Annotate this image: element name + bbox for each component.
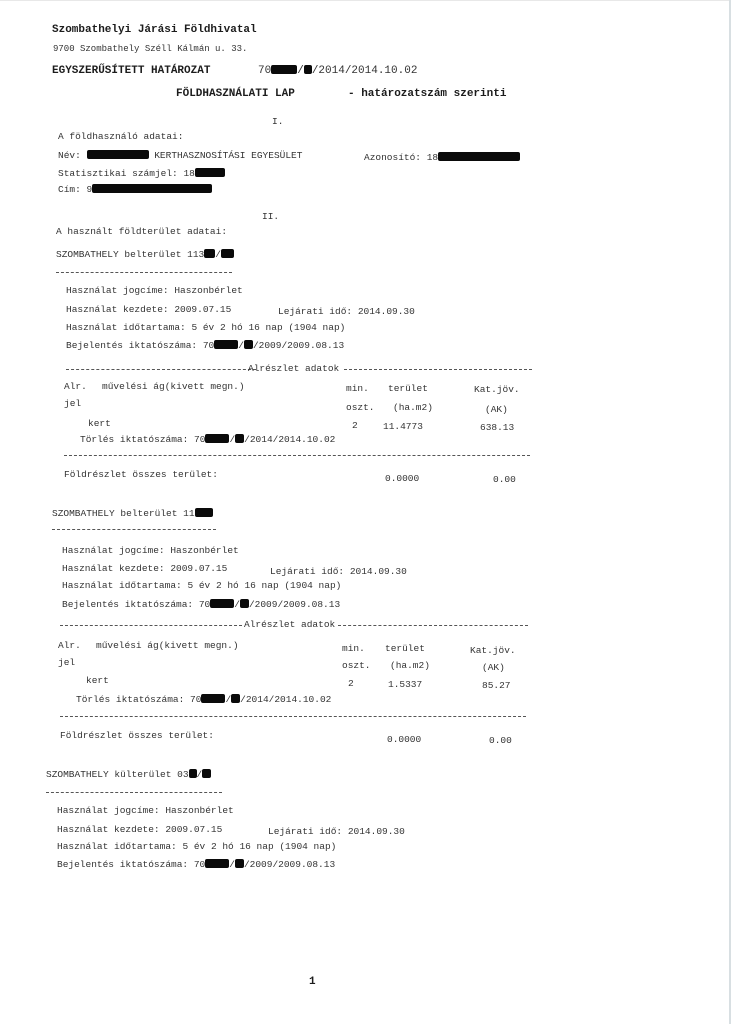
parcel-3-duration: Használat időtartama: 5 év 2 hó 16 nap (… xyxy=(57,841,336,853)
col-oszt: oszt. xyxy=(342,660,371,672)
value: 5 év 2 hó 16 nap (1904 nap) xyxy=(191,322,345,333)
redaction xyxy=(189,769,197,778)
document-page: Szombathelyi Járási Földhivatal 9700 Szo… xyxy=(0,0,731,1024)
name-value: KERTHASZNOSÍTÁSI EGYESÜLET xyxy=(154,150,302,161)
label: Lejárati idő: xyxy=(278,306,352,317)
parcel-1-total-label: Földrészlet összes terület: xyxy=(64,469,218,481)
parcel-2-expiry: Lejárati idő: 2014.09.30 xyxy=(270,566,407,578)
redaction xyxy=(214,340,238,349)
col-min: min. xyxy=(346,383,369,395)
value-prefix: 70 xyxy=(203,340,214,351)
label: Használat időtartama: xyxy=(66,322,186,333)
col-cultivation: művelési ág(kivett megn.) xyxy=(96,640,239,652)
parcel-2-total-area: 0.0000 xyxy=(387,734,421,746)
row-value: 638.13 xyxy=(480,422,514,434)
parcel-title-text: SZOMBATHELY belterület 113 xyxy=(56,249,204,260)
label: Bejelentés iktatószáma: xyxy=(66,340,197,351)
value: 2014.09.30 xyxy=(348,826,405,837)
parcel-3-start: Használat kezdete: 2009.07.15 xyxy=(57,824,222,836)
id-row: Azonosító: 18 xyxy=(364,152,520,164)
label: Törlés iktatószáma: xyxy=(80,434,188,445)
col-area-unit: (ha.m2) xyxy=(393,402,433,414)
parcel-3-expiry: Lejárati idő: 2014.09.30 xyxy=(268,826,405,838)
col-jel: jel xyxy=(64,398,81,410)
sheet-title: FÖLDHASZNÁLATI LAP xyxy=(176,88,295,100)
redaction xyxy=(240,599,249,608)
parcel-1-expiry: Lejárati idő: 2014.09.30 xyxy=(278,306,415,318)
section-1-numeral: I. xyxy=(272,116,283,128)
redaction xyxy=(221,249,234,258)
col-alr: Alr. xyxy=(58,640,81,652)
name-row: Név: KERTHASZNOSÍTÁSI EGYESÜLET xyxy=(58,150,302,162)
row-class: 2 xyxy=(352,420,358,432)
address-row: Cím: 9 xyxy=(58,184,212,196)
label: Használat jogcíme: xyxy=(66,285,169,296)
decision-number-suffix: /2014/2014.10.02 xyxy=(312,65,418,77)
parcel-1-title: SZOMBATHELY belterület 113/ xyxy=(56,249,234,261)
parcel-2-subparcel-heading: Alrészlet adatok xyxy=(244,619,335,631)
value-suffix: /2014/2014.10.02 xyxy=(240,694,331,705)
divider xyxy=(60,716,526,717)
label: Bejelentés iktatószáma: xyxy=(57,859,188,870)
parcel-2-total-label: Földrészlet összes terület: xyxy=(60,730,214,742)
parcel-title-text: SZOMBATHELY külterület 03 xyxy=(46,769,189,780)
label: Használat kezdete: xyxy=(66,304,169,315)
page-number: 1 xyxy=(309,976,316,988)
value-suffix: /2009/2009.08.13 xyxy=(253,340,344,351)
divider xyxy=(64,455,530,456)
parcel-1-registration: Bejelentés iktatószáma: 70//2009/2009.08… xyxy=(66,340,344,352)
parcel-2-legal-title: Használat jogcíme: Haszonbérlet xyxy=(62,545,239,557)
stat-label: Statisztikai számjel: xyxy=(58,168,178,179)
value: Haszonbérlet xyxy=(165,805,233,816)
row-cultivation: kert xyxy=(88,418,111,430)
col-alr: Alr. xyxy=(64,381,87,393)
parcel-1-start: Használat kezdete: 2009.07.15 xyxy=(66,304,231,316)
office-name: Szombathelyi Járási Földhivatal xyxy=(52,24,257,36)
sheet-subtitle: - határozatszám szerinti xyxy=(348,88,506,100)
id-prefix: 18 xyxy=(427,152,438,163)
label: Lejárati idő: xyxy=(270,566,344,577)
divider xyxy=(338,625,528,626)
redaction xyxy=(210,599,234,608)
value: 2014.09.30 xyxy=(358,306,415,317)
divider xyxy=(60,625,242,626)
redaction xyxy=(244,340,253,349)
col-value: Kat.jöv. xyxy=(474,384,520,396)
section-2-numeral: II. xyxy=(262,211,279,223)
value-suffix: /2009/2009.08.13 xyxy=(249,599,340,610)
redaction xyxy=(231,694,240,703)
col-value: Kat.jöv. xyxy=(470,645,516,657)
label: Használat kezdete: xyxy=(57,824,160,835)
label: Használat időtartama: xyxy=(57,841,177,852)
office-address: 9700 Szombathely Széll Kálmán u. 33. xyxy=(53,43,247,55)
redaction xyxy=(201,694,225,703)
stat-row: Statisztikai számjel: 18 xyxy=(58,168,225,180)
divider xyxy=(56,272,232,273)
parcel-2-start: Használat kezdete: 2009.07.15 xyxy=(62,563,227,575)
col-area-unit: (ha.m2) xyxy=(390,660,430,672)
col-jel: jel xyxy=(58,657,75,669)
row-value: 85.27 xyxy=(482,680,511,692)
decision-number-prefix: 70 xyxy=(258,65,271,77)
col-oszt: oszt. xyxy=(346,402,375,414)
address-label: Cím: xyxy=(58,184,81,195)
parcel-1-legal-title: Használat jogcíme: Haszonbérlet xyxy=(66,285,243,297)
parcel-1-total-value: 0.00 xyxy=(493,474,516,486)
row-area: 1.5337 xyxy=(388,679,422,691)
divider xyxy=(46,792,222,793)
value: Haszonbérlet xyxy=(174,285,242,296)
name-label: Név: xyxy=(58,150,81,161)
label: Bejelentés iktatószáma: xyxy=(62,599,193,610)
col-value-unit: (AK) xyxy=(485,404,508,416)
section-2-heading: A használt földterület adatai: xyxy=(56,226,227,238)
divider xyxy=(52,529,216,530)
redaction xyxy=(438,152,520,161)
divider xyxy=(344,369,532,370)
redaction xyxy=(271,65,297,74)
parcel-2-title: SZOMBATHELY belterület 11 xyxy=(52,508,213,520)
redaction xyxy=(235,859,244,868)
value: Haszonbérlet xyxy=(170,545,238,556)
parcel-1-subparcel-heading: Alrészlet adatok xyxy=(248,363,339,375)
value: 2014.09.30 xyxy=(350,566,407,577)
value-suffix: /2009/2009.08.13 xyxy=(244,859,335,870)
row-class: 2 xyxy=(348,678,354,690)
parcel-2-total-value: 0.00 xyxy=(489,735,512,747)
parcel-3-registration: Bejelentés iktatószáma: 70//2009/2009.08… xyxy=(57,859,335,871)
value: 5 év 2 hó 16 nap (1904 nap) xyxy=(187,580,341,591)
scan-top-edge xyxy=(0,0,731,1)
redaction xyxy=(195,508,213,517)
stat-prefix: 18 xyxy=(183,168,194,179)
parcel-1-deletion: Törlés iktatószáma: 70//2014/2014.10.02 xyxy=(80,434,335,446)
label: Használat időtartama: xyxy=(62,580,182,591)
decision-number: 70//2014/2014.10.02 xyxy=(258,65,417,77)
label: Használat jogcíme: xyxy=(57,805,160,816)
redaction xyxy=(202,769,211,778)
parcel-3-title: SZOMBATHELY külterület 03/ xyxy=(46,769,211,781)
redaction xyxy=(235,434,244,443)
label: Használat jogcíme: xyxy=(62,545,165,556)
parcel-2-duration: Használat időtartama: 5 év 2 hó 16 nap (… xyxy=(62,580,341,592)
id-label: Azonosító: xyxy=(364,152,421,163)
redaction xyxy=(204,249,215,258)
value: 5 év 2 hó 16 nap (1904 nap) xyxy=(182,841,336,852)
value: 2009.07.15 xyxy=(165,824,222,835)
redaction xyxy=(205,859,229,868)
section-1-heading: A földhasználó adatai: xyxy=(58,131,183,143)
redaction xyxy=(205,434,229,443)
value-suffix: /2014/2014.10.02 xyxy=(244,434,335,445)
parcel-1-duration: Használat időtartama: 5 év 2 hó 16 nap (… xyxy=(66,322,345,334)
label: Törlés iktatószáma: xyxy=(76,694,184,705)
col-area: terület xyxy=(385,643,425,655)
parcel-2-deletion: Törlés iktatószáma: 70//2014/2014.10.02 xyxy=(76,694,331,706)
label: Használat kezdete: xyxy=(62,563,165,574)
row-area: 11.4773 xyxy=(383,421,423,433)
value: 2009.07.15 xyxy=(174,304,231,315)
divider xyxy=(66,369,256,370)
value-prefix: 70 xyxy=(199,599,210,610)
redaction xyxy=(92,184,212,193)
value: 2009.07.15 xyxy=(170,563,227,574)
col-area: terület xyxy=(388,383,428,395)
parcel-3-legal-title: Használat jogcíme: Haszonbérlet xyxy=(57,805,234,817)
value-prefix: 70 xyxy=(194,434,205,445)
parcel-2-registration: Bejelentés iktatószáma: 70//2009/2009.08… xyxy=(62,599,340,611)
redaction xyxy=(195,168,225,177)
decision-label: EGYSZERŰSÍTETT HATÁROZAT xyxy=(52,65,210,77)
redaction xyxy=(304,65,312,74)
col-cultivation: művelési ág(kivett megn.) xyxy=(102,381,245,393)
col-min: min. xyxy=(342,643,365,655)
redaction xyxy=(87,150,149,159)
value-prefix: 70 xyxy=(190,694,201,705)
label: Lejárati idő: xyxy=(268,826,342,837)
value-prefix: 70 xyxy=(194,859,205,870)
parcel-1-total-area: 0.0000 xyxy=(385,473,419,485)
row-cultivation: kert xyxy=(86,675,109,687)
col-value-unit: (AK) xyxy=(482,662,505,674)
parcel-title-text: SZOMBATHELY belterület 11 xyxy=(52,508,195,519)
